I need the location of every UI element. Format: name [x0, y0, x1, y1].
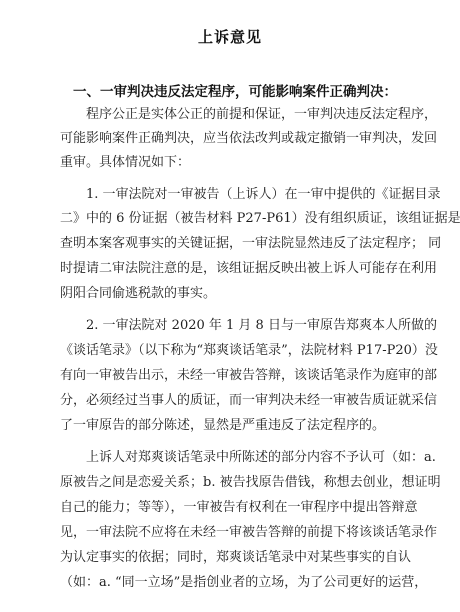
text-line: 1. 一审法院对一审被告（上诉人）在一审中提供的《证据目录: [86, 187, 441, 203]
text-line: 2. 一审法院对 2020 年 1 月 8 日与一审原告郑爽本人所做的: [86, 318, 437, 334]
text-line: 为认定事实的依据；同时，郑爽谈话笔录中对某些事实的自认: [60, 550, 411, 566]
text-line: 原被告之间是恋爱关系；b. 被告找原告借钱，称想去创业，想证明: [60, 475, 441, 491]
text-line: 《谈话笔录》（以下称为“郑爽谈话笔录”，法院材料 P17-P20）没: [60, 343, 438, 359]
text-line: 查明本案客观事实的关键证据，一审法院显然违反了法定程序； 同: [60, 236, 441, 252]
document-title: 上诉意见: [0, 26, 460, 47]
text-line: 可能影响案件正确判决，应当依法改判或裁定撤销一审判决，发回: [60, 131, 437, 147]
text-line: 自己的能力；等等），一审被告有权利在一审程序中提出答辩意: [60, 500, 418, 516]
text-line: 分，必须经过当事人的质证，而一审判决未经一审被告质证就采信: [60, 393, 437, 409]
text-line: 二》中的 6 份证据（被告材料 P27-P61）没有组织质证，该组证据是: [60, 211, 460, 227]
section-heading: 一、一审判决违反法定程序，可能影响案件正确判决：: [73, 80, 397, 100]
text-line: （如：a. “同一立场”是指创业者的立场，为了公司更好的运营，: [60, 575, 427, 591]
text-line: 时提请二审法院注意的是，该组证据反映出被上诉人可能存在利用: [60, 261, 437, 277]
document-page: 上诉意见 一、一审判决违反法定程序，可能影响案件正确判决： 程序公正是实体公正的…: [0, 0, 460, 612]
text-line: 阴阳合同偷逃税款的事实。: [60, 286, 216, 302]
text-line: 重审。具体情况如下：: [60, 155, 190, 171]
text-line: 上诉人对郑爽谈话笔录中所陈述的部分内容不予认可（如：a.: [86, 450, 436, 466]
text-line: 了一审原告的部分陈述，显然是严重违反了法定程序的。: [60, 418, 385, 434]
text-line: 程序公正是实体公正的前提和保证，一审判决违反法定程序，: [86, 107, 437, 123]
text-line: 见，一审法院不应将在未经一审被告答辩的前提下将该谈话笔录作: [60, 525, 437, 541]
text-line: 有向一审被告出示，未经一审被告答辩，该谈话笔录作为庭审的部: [60, 368, 437, 384]
